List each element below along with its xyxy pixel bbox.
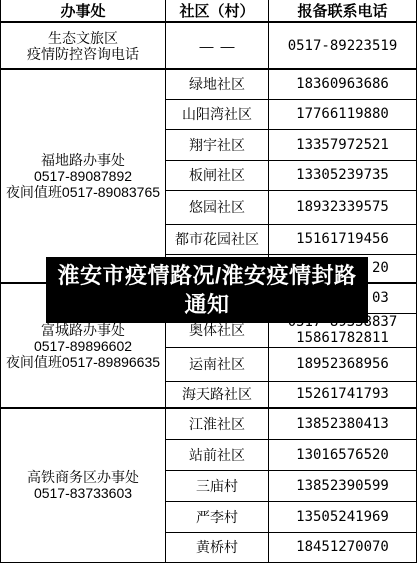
community-cell: 运南社区	[166, 347, 269, 381]
community-cell: 板闸社区	[166, 160, 269, 190]
page: 办事处 社区（村） 报备联系电话 生态文旅区 疫情防控咨询电话 —— 0517-…	[0, 0, 417, 579]
community-cell: 山阳湾社区	[166, 99, 269, 129]
phone-cell: 13016576520	[269, 439, 417, 470]
column-header-community: 社区（村）	[166, 0, 269, 22]
header-row: 办事处 社区（村） 报备联系电话	[1, 0, 417, 22]
community-cell: 悠园社区	[166, 190, 269, 224]
community-cell: 黄桥村	[166, 532, 269, 562]
community-cell: 绿地社区	[166, 69, 269, 99]
community-cell: 三庙村	[166, 470, 269, 501]
phone-cell: 13852380413	[269, 408, 417, 439]
phone-cell: 15161719456	[269, 224, 417, 254]
title-overlay-banner: 淮安市疫情路况/淮安疫情封路通知	[46, 257, 368, 323]
phone-cell: 13852390599	[269, 470, 417, 501]
phone-cell: 13357972521	[269, 129, 417, 160]
office-cell: 福地路办事处 0517-89087892 夜间值班0517-89083765	[1, 69, 166, 283]
community-cell: 江淮社区	[166, 408, 269, 439]
phone-cell: 17766119880	[269, 99, 417, 129]
column-header-phone: 报备联系电话	[269, 0, 417, 22]
community-cell: 海天路社区	[166, 381, 269, 408]
phone-cell: 15261741793	[269, 381, 417, 408]
office-cell: 高铁商务区办事处 0517-83733603	[1, 408, 166, 562]
community-cell: ——	[166, 22, 269, 69]
community-cell: 都市花园社区	[166, 224, 269, 254]
community-cell: 站前社区	[166, 439, 269, 470]
office-cell: 生态文旅区 疫情防控咨询电话	[1, 22, 166, 69]
column-header-office: 办事处	[1, 0, 166, 22]
phone-cell: 18360963686	[269, 69, 417, 99]
community-cell: 翔宇社区	[166, 129, 269, 160]
phone-cell: 18451270070	[269, 532, 417, 562]
phone-cell: 13505241969	[269, 501, 417, 532]
phone-cell: 13305239735	[269, 160, 417, 190]
table-row: 高铁商务区办事处 0517-83733603 江淮社区 13852380413	[1, 408, 417, 439]
overlay-title-text: 淮安市疫情路况/淮安疫情封路通知	[55, 261, 359, 319]
table-row: 生态文旅区 疫情防控咨询电话 —— 0517-89223519	[1, 22, 417, 69]
phone-cell: 18952368956	[269, 347, 417, 381]
phone-cell: 18932339575	[269, 190, 417, 224]
community-cell: 严李村	[166, 501, 269, 532]
phone-cell: 0517-89223519	[269, 22, 417, 69]
table-row: 福地路办事处 0517-89087892 夜间值班0517-89083765 绿…	[1, 69, 417, 99]
